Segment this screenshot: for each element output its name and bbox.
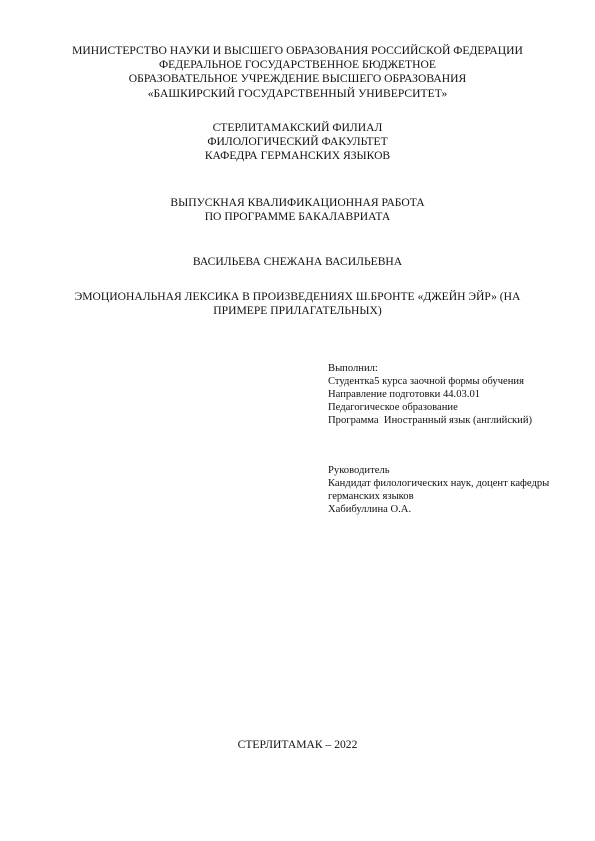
performer-label: Выполнил: — [328, 362, 578, 375]
supervisor-line: Кандидат филологических наук, доцент каф… — [328, 477, 578, 490]
header-line: МИНИСТЕРСТВО НАУКИ И ВЫСШЕГО ОБРАЗОВАНИЯ… — [0, 44, 595, 58]
work-type-block: ВЫПУСКНАЯ КВАЛИФИКАЦИОННАЯ РАБОТА ПО ПРО… — [0, 196, 595, 224]
title-line: ПРИМЕРЕ ПРИЛАГАТЕЛЬНЫХ) — [0, 304, 595, 318]
author-line: ВАСИЛЬЕВА СНЕЖАНА ВАСИЛЬЕВНА — [0, 255, 595, 269]
supervisor-name: Хабибуллина О.А. — [328, 503, 578, 516]
footer-line: СТЕРЛИТАМАК – 2022 — [0, 738, 595, 752]
performer-line: Студентка5 курса заочной формы обучения — [328, 375, 578, 388]
city-year-footer: СТЕРЛИТАМАК – 2022 — [0, 738, 595, 752]
supervisor-line: германских языков — [328, 490, 578, 503]
header-line: ФЕДЕРАЛЬНОЕ ГОСУДАРСТВЕННОЕ БЮДЖЕТНОЕ — [0, 58, 595, 72]
header-line: «БАШКИРСКИЙ ГОСУДАРСТВЕННЫЙ УНИВЕРСИТЕТ» — [0, 87, 595, 101]
author-name: ВАСИЛЬЕВА СНЕЖАНА ВАСИЛЬЕВНА — [0, 255, 595, 269]
title-line: ЭМОЦИОНАЛЬНАЯ ЛЕКСИКА В ПРОИЗВЕДЕНИЯХ Ш.… — [0, 290, 595, 304]
ministry-header: МИНИСТЕРСТВО НАУКИ И ВЫСШЕГО ОБРАЗОВАНИЯ… — [0, 44, 595, 101]
faculty-line: ФИЛОЛОГИЧЕСКИЙ ФАКУЛЬТЕТ — [0, 135, 595, 149]
supervisor-block: Руководитель Кандидат филологических нау… — [328, 464, 578, 516]
supervisor-label: Руководитель — [328, 464, 578, 477]
work-type-line: ПО ПРОГРАММЕ БАКАЛАВРИАТА — [0, 210, 595, 224]
branch-line: СТЕРЛИТАМАКСКИЙ ФИЛИАЛ — [0, 121, 595, 135]
performer-line: Направление подготовки 44.03.01 — [328, 388, 578, 401]
header-line: ОБРАЗОВАТЕЛЬНОЕ УЧРЕЖДЕНИЕ ВЫСШЕГО ОБРАЗ… — [0, 72, 595, 86]
work-type-line: ВЫПУСКНАЯ КВАЛИФИКАЦИОННАЯ РАБОТА — [0, 196, 595, 210]
performer-line: Программа Иностранный язык (английский) — [328, 414, 578, 427]
performer-block: Выполнил: Студентка5 курса заочной формы… — [328, 362, 578, 427]
performer-line: Педагогическое образование — [328, 401, 578, 414]
branch-block: СТЕРЛИТАМАКСКИЙ ФИЛИАЛ ФИЛОЛОГИЧЕСКИЙ ФА… — [0, 121, 595, 164]
thesis-title: ЭМОЦИОНАЛЬНАЯ ЛЕКСИКА В ПРОИЗВЕДЕНИЯХ Ш.… — [0, 290, 595, 318]
department-line: КАФЕДРА ГЕРМАНСКИХ ЯЗЫКОВ — [0, 149, 595, 163]
